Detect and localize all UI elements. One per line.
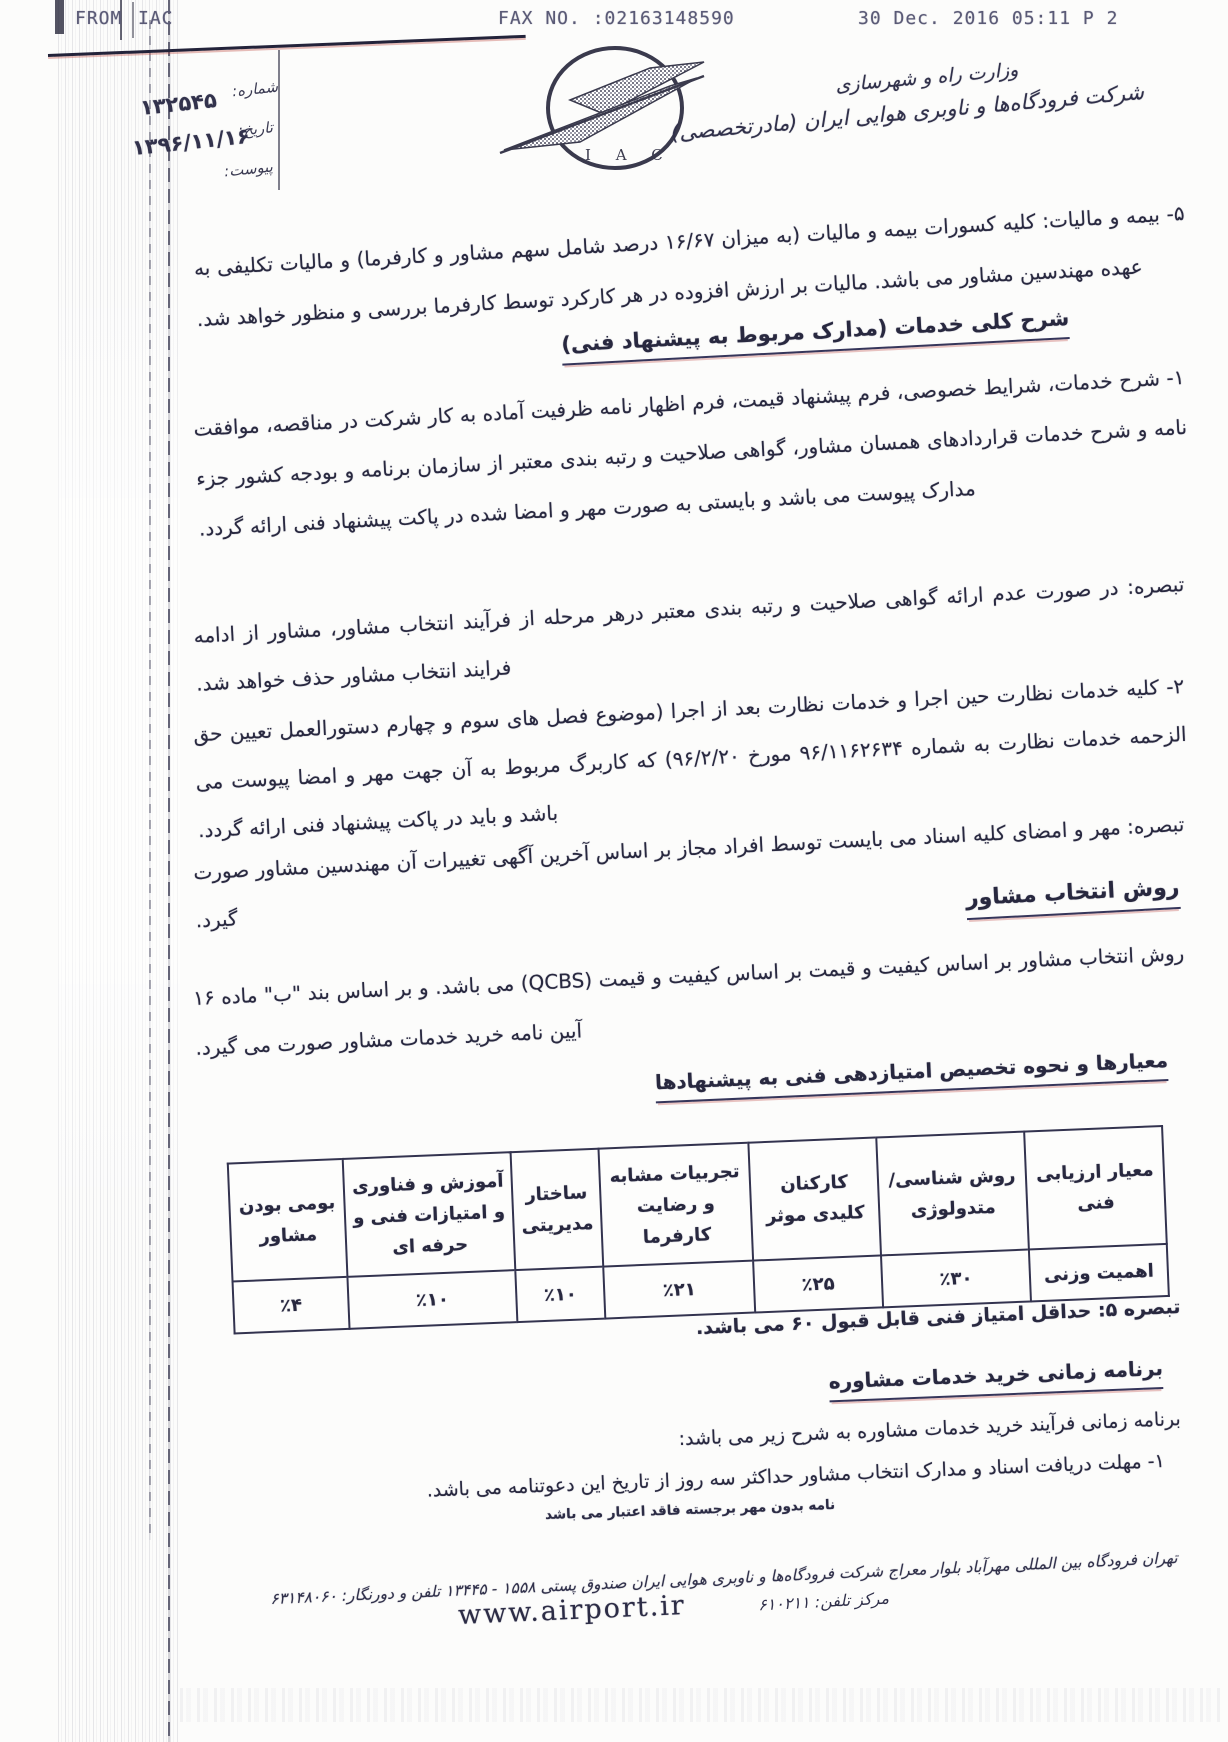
footer-phone-center: مرکز تلفن: ۶۱۰۲۱۱ bbox=[758, 1589, 890, 1615]
iac-logo: I A C bbox=[492, 38, 742, 187]
fax-datetime: 30 Dec. 2016 05:11 P 2 bbox=[858, 8, 1118, 29]
scan-noise-left-band bbox=[58, 0, 180, 1742]
criteria-methodology: روش شناسی/ متدولوژی bbox=[876, 1132, 1029, 1256]
scan-vertical-line bbox=[168, 0, 170, 1742]
iac-logo-letters: I A C bbox=[585, 146, 673, 164]
weight-training: ٪۱۰ bbox=[347, 1270, 517, 1329]
weight-experience: ٪۲۱ bbox=[603, 1261, 755, 1319]
criteria-experience: تجربیات مشابه و رضایت کارفرما bbox=[598, 1143, 753, 1267]
weight-key-staff: ٪۲۵ bbox=[753, 1255, 883, 1312]
section-title-scoring-criteria: معیارها و نحوه تخصیص امتیازدهی فنی به پی… bbox=[654, 1048, 1168, 1103]
weight-methodology: ٪۳۰ bbox=[881, 1249, 1031, 1307]
qcbs-method-paragraph: روش انتخاب مشاور بر اساس کیفیت و قیمت بر… bbox=[192, 928, 1188, 1073]
section-title-schedule: برنامه زمانی خرید خدمات مشاوره bbox=[828, 1356, 1163, 1402]
criteria-training: آموزش و فناوری و امتیازات فنی و حرفه ای bbox=[343, 1152, 516, 1277]
stamp-attachment-label: پیوست: bbox=[223, 157, 273, 180]
stamp-number-label: شماره: bbox=[231, 78, 279, 101]
fax-from-label: FROM bbox=[75, 8, 122, 29]
footer-address: تهران فرودگاه بین المللی مهرآباد بلوار م… bbox=[249, 1548, 1199, 1609]
criteria-local: بومی بودن مشاور bbox=[228, 1159, 348, 1282]
fax-from-value: IAC bbox=[138, 8, 174, 29]
criteria-key-staff: کارکنان کلیدی موثر bbox=[748, 1138, 881, 1261]
scan-smudge bbox=[55, 0, 64, 34]
scan-smudge bbox=[132, 2, 134, 38]
weight-local: ٪۴ bbox=[233, 1277, 350, 1334]
iac-logo-icon: I A C bbox=[492, 38, 742, 183]
item1-documents-paragraph: ۱- شرح خدمات، شرایط خصوصی، فرم پیشنهاد ق… bbox=[192, 352, 1190, 554]
weight-label-cell: اهمیت وزنی bbox=[1029, 1244, 1169, 1301]
fax-number: FAX NO. :02163148590 bbox=[498, 8, 735, 29]
weight-structure: ٪۱۰ bbox=[515, 1267, 605, 1322]
letterhead: وزارت راه و شهرسازی شرکت فرودگاه‌ها و نا… bbox=[712, 48, 1145, 141]
criteria-structure: ساختار مدیریتی bbox=[511, 1149, 604, 1270]
fax-page: FROM IAC FAX NO. :02163148590 30 Dec. 20… bbox=[0, 0, 1228, 1742]
stamp-divider-line bbox=[278, 50, 280, 190]
criteria-header-cell: معیار ارزیابی فنی bbox=[1024, 1126, 1167, 1249]
scan-noise-bottom-band bbox=[180, 1688, 1220, 1722]
scan-vertical-line-2 bbox=[149, 20, 151, 1540]
